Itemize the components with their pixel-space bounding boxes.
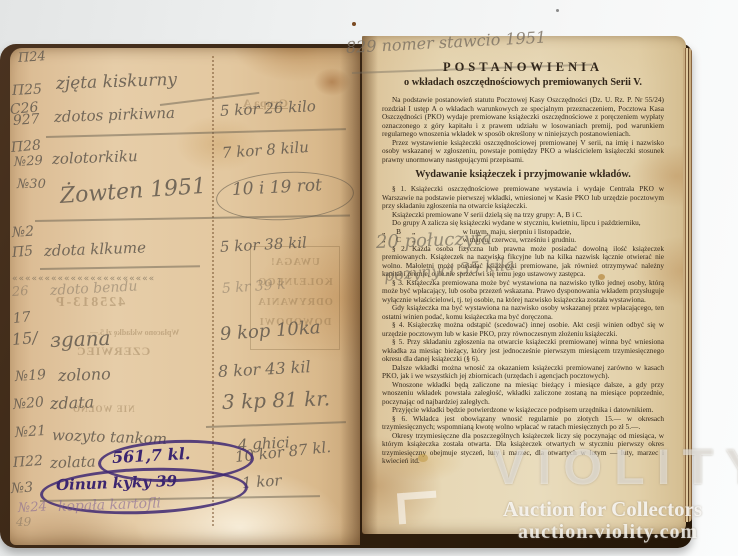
entry-num: 927 <box>13 112 41 128</box>
entry-num: №2 <box>12 224 35 240</box>
entry-text: zdota klkume <box>44 240 146 259</box>
entry-amount: 3 kp 81 kr. <box>222 388 331 412</box>
entry-num: 49 <box>16 516 31 528</box>
paragraph: Wnoszone wkładki będą zaliczone na miesi… <box>382 381 664 407</box>
entry-text: zolotorkiku <box>52 149 138 167</box>
background-speck <box>556 9 559 12</box>
entry-num: П22 <box>13 454 44 470</box>
pencil-line <box>40 265 200 270</box>
page-stain <box>598 274 605 280</box>
entry-num: №29 <box>14 154 43 168</box>
bleedthrough-line: UWAGA! <box>251 253 339 273</box>
entry-num: 17 <box>12 310 31 326</box>
paragraph: § 5. Przy składaniu zgłoszenia na otwarc… <box>382 338 664 364</box>
page-subtitle: o wkładach oszczędnościowych premiowanyc… <box>382 77 664 89</box>
entry-amount: 5 kor 26 kilo <box>220 99 317 119</box>
paragraph: § 3. Książeczka premiowana może być wyst… <box>382 279 664 305</box>
section-heading: Wydawanie książeczek i przyjmowanie wkła… <box>382 169 664 181</box>
entry-text: zolono <box>58 366 111 384</box>
watermark-url: auction.violity.com <box>518 521 698 544</box>
entry-num: П25 <box>12 82 43 98</box>
handwritten-page-note: 829 nomer stawcio 1951 <box>346 30 547 56</box>
page-title: POSTANOWIENIA <box>382 60 664 74</box>
entry-num: №24 <box>18 500 47 514</box>
entry-amount: 8 kor 43 kil <box>218 359 311 380</box>
paragraph: Na podstawie postanowień statutu Pocztow… <box>382 96 664 139</box>
entry-text: kopała kartofli <box>58 496 161 514</box>
entry-num: №21 <box>15 424 47 440</box>
paragraph: Przez wystawienie książeczki oszczędnośc… <box>382 139 664 165</box>
handwritten-overlay: 20 połuczyta <box>376 230 493 252</box>
entry-num: №19 <box>15 368 47 384</box>
paragraph: Gdy książeczka ma być wystawiona na nazw… <box>382 304 664 321</box>
entry-text: zdata <box>50 394 95 412</box>
entry-num: П5 <box>11 244 33 260</box>
entry-num: №20 <box>12 395 44 412</box>
entry-text: зgana <box>50 328 111 350</box>
entry-amount: 7 kor 8 kilu <box>221 140 309 161</box>
background-speck <box>352 22 356 26</box>
left-page: Grupa A UWAGA! KOLEJNEGO ODRYWANIA DOWOD… <box>10 48 360 545</box>
entry-text: zjęta kiskurny <box>56 72 178 93</box>
entry-text: zolata <box>50 454 96 471</box>
paragraph: § 1. Książeczki oszczędnościowe premiowa… <box>382 185 664 211</box>
entry-num: П24 <box>18 50 47 65</box>
paragraph: § 6. Wkładca jest obowiązany wnosić regu… <box>382 415 664 432</box>
bleedthrough-line: ODRYWANIA <box>251 293 339 313</box>
watermark-violity: VIOLITY <box>492 438 738 496</box>
watermark-auction-text: Auction for Collectors <box>503 497 702 522</box>
entry-num: 15/ <box>11 330 38 348</box>
entry-num: №30 <box>17 178 46 191</box>
paragraph: Dalsze wkładki można wnosić za okazaniem… <box>382 364 664 381</box>
page-stain <box>418 454 428 462</box>
entry-text: Żowten 1951 <box>59 176 207 208</box>
entry-num: П28 <box>10 138 41 155</box>
pencil-line <box>206 421 346 428</box>
pencil-line <box>46 128 346 138</box>
entry-text: zdotos pirkiwna <box>54 106 175 125</box>
entry-amount: 5 kor 38 kil <box>220 235 308 255</box>
entry-num: 26 <box>12 285 29 299</box>
entry-num: №3 <box>11 480 34 496</box>
paragraph: § 4. Książeczkę można odstąpić (scedować… <box>382 321 664 338</box>
violity-logo-mark <box>397 491 438 525</box>
photo-stage: Grupa A UWAGA! KOLEJNEGO ODRYWANIA DOWOD… <box>0 0 738 556</box>
